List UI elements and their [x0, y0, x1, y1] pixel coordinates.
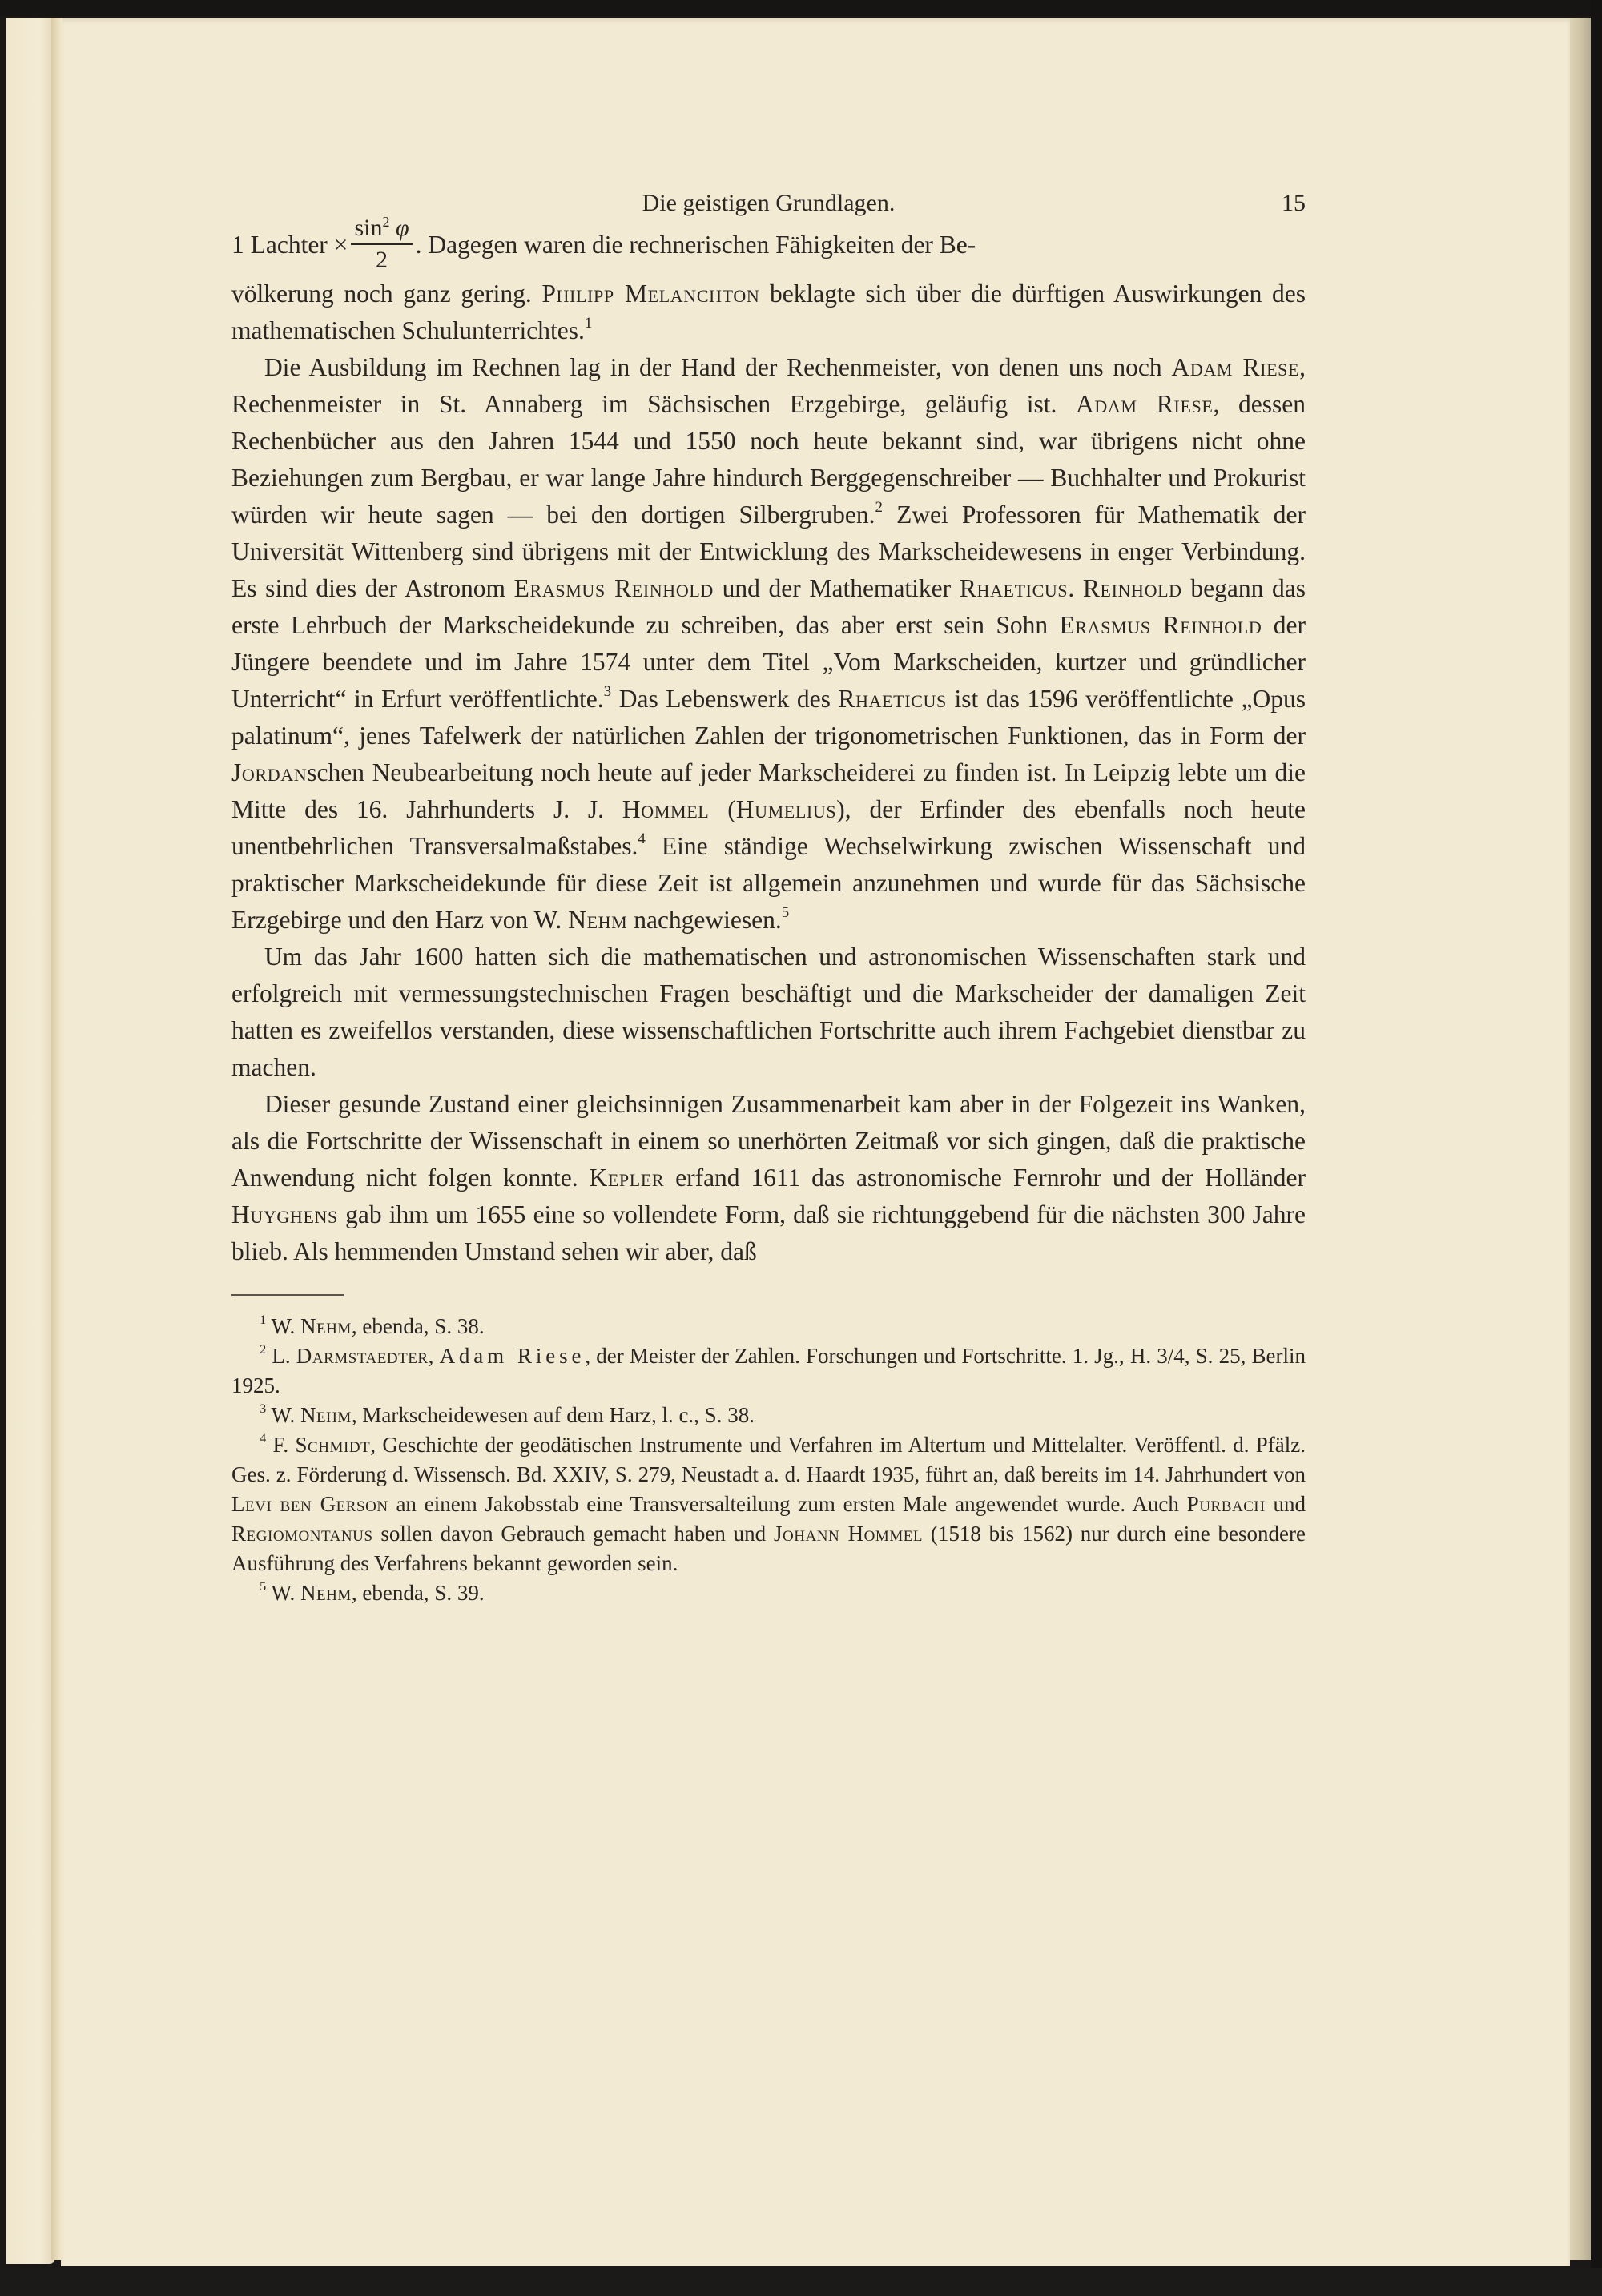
person-name: Rhaeticus: [838, 685, 946, 713]
person-name: Philipp Melanchton: [541, 279, 759, 308]
footnote-separator: [231, 1294, 344, 1296]
text-run: sollen davon Gebrauch gemacht haben und: [373, 1522, 774, 1546]
text-run: ,: [429, 1344, 440, 1368]
previous-page-edge: [6, 18, 54, 2264]
person-name: Adam Riese: [1076, 390, 1213, 418]
scan-frame-right: [1591, 0, 1602, 2296]
page-number: 15: [1282, 187, 1306, 219]
author-name: Darmstaedter: [296, 1344, 429, 1368]
text-run: .: [1068, 574, 1083, 602]
text-run: gab ihm um 1655 eine so vollendete Form,…: [231, 1200, 1306, 1265]
author-name: Nehm: [300, 1403, 352, 1427]
person-name: Jordan: [231, 758, 307, 786]
scan-frame-top: [0, 0, 1602, 16]
person-name: Erasmus Reinhold: [1059, 611, 1262, 639]
person-name: Erasmus Reinhold: [514, 574, 714, 602]
person-name: Johann Hommel: [774, 1522, 923, 1546]
footnote-number: 2: [260, 1342, 266, 1357]
paragraph-4: Dieser gesunde Zustand einer gleichsinni…: [231, 1086, 1306, 1270]
person-name: Hommel: [622, 795, 709, 823]
fraction-denominator: 2: [376, 245, 388, 272]
footnote-ref[interactable]: 5: [782, 904, 789, 921]
phi-variable: φ: [396, 215, 409, 241]
text-run: erfand 1611 das astronomische Fernrohr u…: [664, 1164, 1306, 1192]
text-run: Das Lebenswerk des: [611, 685, 838, 713]
text-run: W.: [271, 1314, 300, 1338]
person-name: Purbach: [1187, 1492, 1266, 1516]
author-name: Nehm: [300, 1581, 352, 1605]
person-name: Levi ben Gerson: [231, 1492, 388, 1516]
formula-prefix: 1 Lachter ×: [231, 231, 348, 259]
formula-paragraph: 1 Lachter ×sin2 φ2. Dagegen waren die re…: [231, 219, 1306, 275]
person-name: Humelius: [736, 795, 837, 823]
text-run: völkerung noch ganz gering.: [231, 279, 541, 308]
person-name: Reinhold: [1083, 574, 1182, 602]
person-name: Kepler: [589, 1164, 664, 1192]
text-run: , ebenda, S. 39.: [352, 1581, 485, 1605]
text-run: L.: [272, 1344, 296, 1368]
footnote-number: 5: [260, 1579, 266, 1594]
footnote-1: 1 W. Nehm, ebenda, S. 38.: [231, 1312, 1306, 1341]
text-run: nachgewiesen.: [627, 906, 781, 934]
person-name: Adam Riese: [1171, 353, 1299, 381]
footnote-3: 3 W. Nehm, Markscheidewesen auf dem Harz…: [231, 1401, 1306, 1430]
text-run: F.: [273, 1433, 296, 1457]
text-run: und: [1266, 1492, 1306, 1516]
paragraph-2: Die Ausbildung im Rechnen lag in der Han…: [231, 349, 1306, 939]
footnote-number: 3: [260, 1401, 266, 1416]
text-run: W.: [271, 1581, 300, 1605]
author-name: Nehm: [300, 1314, 352, 1338]
footnote-4: 4 F. Schmidt, Geschichte der geodätische…: [231, 1430, 1306, 1578]
text-run: Die Ausbildung im Rechnen lag in der Han…: [264, 353, 1172, 381]
text-run: und der Mathematiker: [714, 574, 960, 602]
footnote-number: 4: [260, 1431, 266, 1446]
text-run: an einem Jakobsstab eine Transversalteil…: [388, 1492, 1187, 1516]
footnote-5: 5 W. Nehm, ebenda, S. 39.: [231, 1578, 1306, 1608]
author-name: Schmidt: [295, 1433, 370, 1457]
exponent: 2: [382, 214, 389, 230]
footnote-ref[interactable]: 1: [585, 315, 592, 332]
page-stack-edge: [1570, 18, 1591, 2260]
formula-suffix: . Dagegen waren die rechnerischen Fähigk…: [416, 231, 976, 259]
body-text: 1 Lachter ×sin2 φ2. Dagegen waren die re…: [231, 219, 1306, 1270]
work-title: Adam Riese: [440, 1344, 586, 1368]
text-run: , ebenda, S. 38.: [352, 1314, 485, 1338]
paragraph-1: völkerung noch ganz gering. Philipp Mela…: [231, 275, 1306, 349]
sin-function: sin: [354, 215, 382, 241]
text-run: W.: [271, 1403, 300, 1427]
person-name: Nehm: [568, 906, 627, 934]
person-name: Regiomontanus: [231, 1522, 373, 1546]
scan-frame-bottom: [0, 2268, 1602, 2296]
fraction-numerator: sin2 φ: [351, 216, 412, 245]
text-run: (: [709, 795, 735, 823]
page-content: Die geistigen Grundlagen. 15 1 Lachter ×…: [231, 187, 1306, 1608]
footnote-2: 2 L. Darmstaedter, Adam Riese, der Meist…: [231, 1341, 1306, 1401]
person-name: Huyghens: [231, 1200, 338, 1228]
footnote-ref[interactable]: 2: [875, 499, 883, 516]
person-name: Rhaeticus: [960, 574, 1068, 602]
fraction: sin2 φ2: [351, 216, 412, 272]
book-gutter: [51, 18, 62, 2260]
footnotes: 1 W. Nehm, ebenda, S. 38. 2 L. Darmstaed…: [231, 1312, 1306, 1608]
text-run: , Geschichte der geodätischen Instrument…: [231, 1433, 1306, 1486]
text-run: , Markscheidewesen auf dem Harz, l. c., …: [352, 1403, 755, 1427]
paragraph-3: Um das Jahr 1600 hatten sich die mathema…: [231, 939, 1306, 1086]
footnote-number: 1: [260, 1313, 266, 1327]
footnote-ref[interactable]: 4: [638, 830, 645, 847]
footnote-ref[interactable]: 3: [604, 683, 611, 700]
